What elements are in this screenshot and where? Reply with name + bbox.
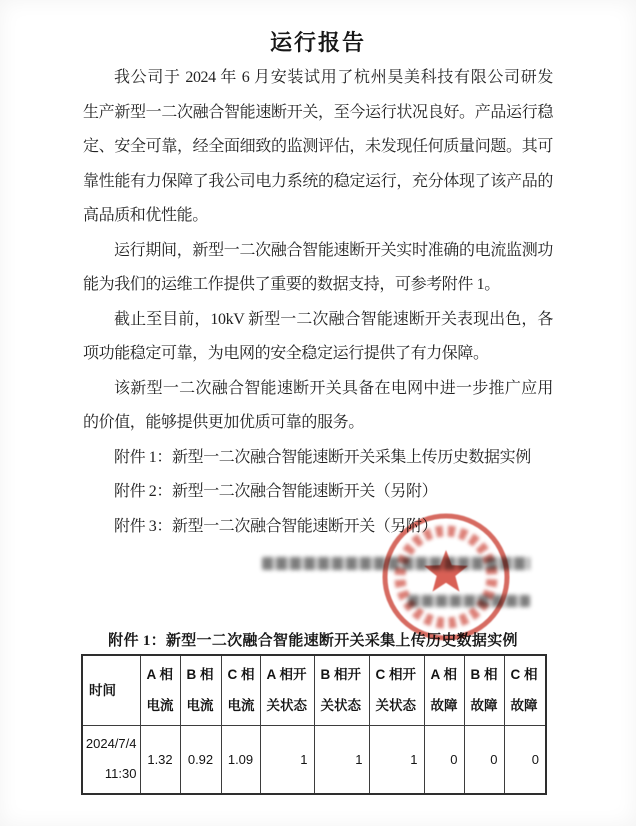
- cell-phase-b-switch-state: 1: [314, 725, 369, 794]
- cell-phase-a-switch-state: 1: [260, 725, 314, 794]
- paragraph-line: 能为我们的运维工作提供了重要的数据支持，可参考附件 1。: [83, 268, 553, 303]
- cell-phase-a-current: 1.32: [140, 725, 180, 794]
- paragraph-line: 我公司于 2024 年 6 月安装试用了杭州昊美科技有限公司研发: [83, 61, 553, 96]
- report-document-page: 运行报告 我公司于 2024 年 6 月安装试用了杭州昊美科技有限公司研发 生产…: [0, 0, 636, 826]
- paragraph-line: 生产新型一二次融合智能速断开关，至今运行状况良好。产品运行稳: [83, 96, 553, 131]
- cell-timestamp: 2024/7/4 11:30: [82, 725, 140, 794]
- report-body: 我公司于 2024 年 6 月安装试用了杭州昊美科技有限公司研发 生产新型一二次…: [83, 61, 553, 544]
- paragraph-line: 高品质和优性能。: [83, 199, 553, 234]
- attachment-list-item: 附件 1：新型一二次融合智能速断开关采集上传历史数据实例: [83, 441, 553, 476]
- column-header-phase-c-switch-state: C 相开 关状态: [369, 655, 424, 725]
- cell-phase-b-current: 0.92: [180, 725, 221, 794]
- column-header-phase-b-switch-state: B 相开 关状态: [314, 655, 369, 725]
- paragraph-line: 靠性能有力保障了我公司电力系统的稳定运行，充分体现了该产品的: [83, 165, 553, 200]
- paragraph-line: 项功能稳定可靠，为电网的安全稳定运行提供了有力保障。: [83, 337, 553, 372]
- column-header-phase-a-fault: A 相 故障: [424, 655, 464, 725]
- column-header-phase-a-current: A 相 电流: [140, 655, 180, 725]
- column-header-phase-a-switch-state: A 相开 关状态: [260, 655, 314, 725]
- cell-phase-b-fault: 0: [464, 725, 504, 794]
- cell-phase-c-switch-state: 1: [369, 725, 424, 794]
- history-data-table: 时间 A 相 电流 B 相 电流 C 相 电流 A 相开 关状态: [81, 654, 547, 795]
- column-header-phase-c-current: C 相 电流: [221, 655, 260, 725]
- paragraph-line: 截止至目前，10kV 新型一二次融合智能速断开关表现出色，各: [83, 303, 553, 338]
- paragraph-line: 该新型一二次融合智能速断开关具备在电网中进一步推广应用: [83, 372, 553, 407]
- company-seal-stamp-icon: [378, 509, 514, 645]
- seal-star-icon: [424, 550, 468, 592]
- paragraph-line: 运行期间，新型一二次融合智能速断开关实时准确的电流监测功: [83, 234, 553, 269]
- paragraph-line: 的价值，能够提供更加优质可靠的服务。: [83, 406, 553, 441]
- page-title: 运行报告: [0, 26, 636, 57]
- column-header-phase-c-fault: C 相 故障: [504, 655, 546, 725]
- table-header-row: 时间 A 相 电流 B 相 电流 C 相 电流 A 相开 关状态: [82, 655, 546, 725]
- column-header-phase-b-fault: B 相 故障: [464, 655, 504, 725]
- cell-phase-a-fault: 0: [424, 725, 464, 794]
- cell-phase-c-fault: 0: [504, 725, 546, 794]
- column-header-phase-b-current: B 相 电流: [180, 655, 221, 725]
- table-data-row: 2024/7/4 11:30 1.32 0.92 1.09 1 1 1 0 0 …: [82, 725, 546, 794]
- column-header-time: 时间: [82, 655, 140, 725]
- attachment-list-item: 附件 2：新型一二次融合智能速断开关（另附）: [83, 475, 553, 510]
- cell-phase-c-current: 1.09: [221, 725, 260, 794]
- paragraph-line: 定、安全可靠，经全面细致的监测评估，未发现任何质量问题。其可: [83, 130, 553, 165]
